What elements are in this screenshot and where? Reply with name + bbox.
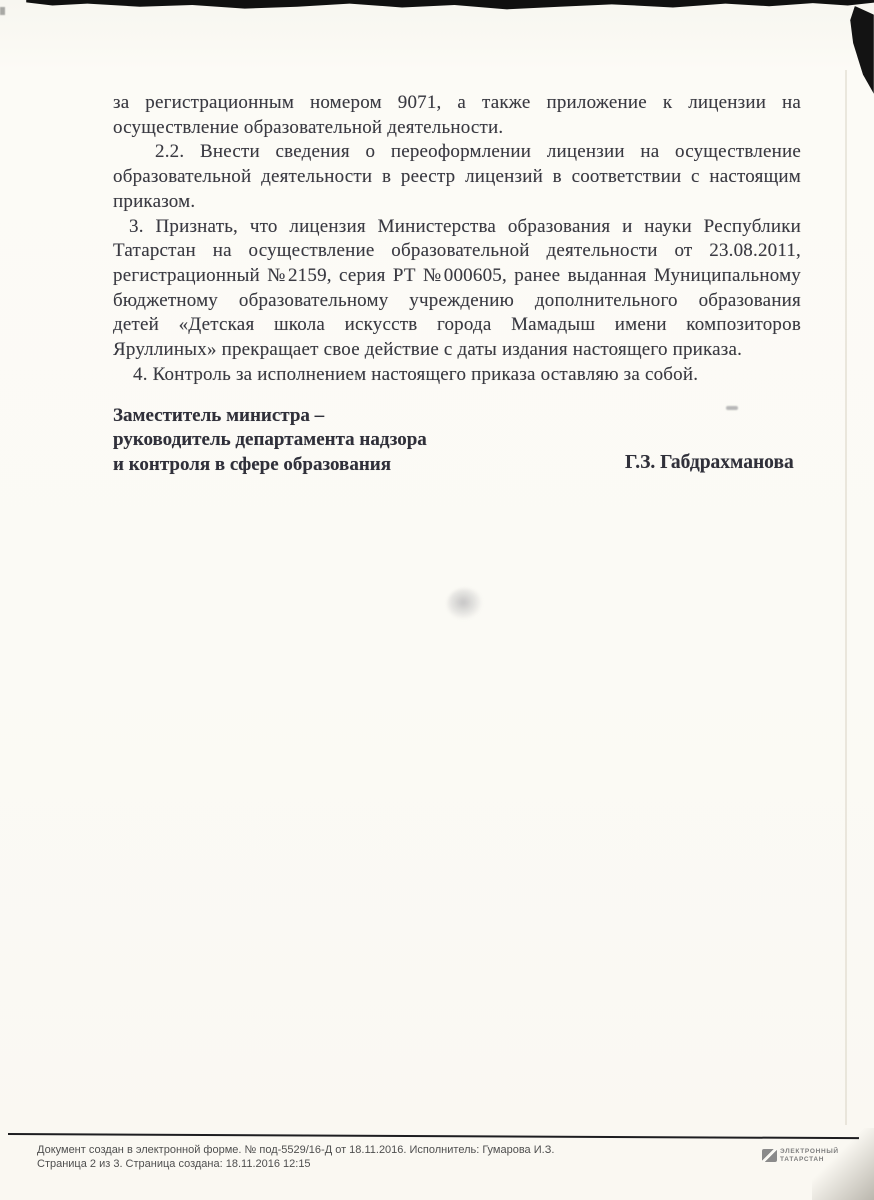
footer-metadata-line: Документ создан в электронной форме. № п… — [37, 1143, 554, 1157]
body-text-line: 2.2. Внести сведения о переоформлении ли… — [113, 140, 801, 165]
body-text-line: бюджетному образовательному учреждению д… — [113, 289, 801, 314]
logo-text-line: ЭЛЕКТРОННЫЙ — [780, 1148, 839, 1156]
electronic-tatarstan-logo: ЭЛЕКТРОННЫЙ ТАТАРСТАН — [762, 1148, 839, 1163]
body-text-line: 4. Контроль за исполнением настоящего пр… — [113, 363, 801, 388]
footer-divider — [8, 1133, 859, 1139]
logo-text-line: ТАТАРСТАН — [780, 1156, 839, 1164]
signatory-title-line: Заместитель министра – — [113, 404, 427, 428]
body-text-line: образовательной деятельности в реестр ли… — [113, 165, 801, 190]
scan-artifact-right-crease — [845, 70, 847, 1125]
signatory-title-line: руководитель департамента надзора — [113, 428, 427, 452]
signatory-title: Заместитель министра – руководитель депа… — [113, 404, 427, 477]
body-text-line: 3. Признать, что лицензия Министерства о… — [113, 215, 801, 240]
scan-artifact-top-right-corner — [845, 6, 874, 94]
order-body-text: за регистрационным номером 9071, а также… — [113, 91, 801, 387]
scan-artifact-left-speck — [0, 7, 5, 15]
scan-artifact-dash-mark — [726, 406, 738, 410]
footer-metadata-line: Страница 2 из 3. Страница создана: 18.11… — [37, 1157, 554, 1171]
body-text-line: регистрационный №2159, серия РТ №000605,… — [113, 264, 801, 289]
scanned-document-page: за регистрационным номером 9071, а также… — [0, 0, 874, 1200]
scan-artifact-smudge — [447, 588, 483, 620]
body-text-line: осуществление образовательной деятельнос… — [113, 116, 801, 141]
scan-artifact-top-edge — [0, 0, 874, 12]
electronic-tatarstan-logo-text: ЭЛЕКТРОННЫЙ ТАТАРСТАН — [780, 1148, 839, 1163]
signatory-name: Г.З. Габдрахманова — [625, 452, 794, 474]
signatory-title-line: и контроля в сфере образования — [113, 453, 427, 477]
body-text-line: Татарстан на осуществление образовательн… — [113, 239, 801, 264]
footer-metadata: Документ создан в электронной форме. № п… — [37, 1143, 554, 1171]
body-text-line: детей «Детская школа искусств города Мам… — [113, 313, 801, 338]
body-text-line: приказом. — [113, 190, 801, 215]
electronic-tatarstan-logo-icon — [762, 1149, 777, 1162]
body-text-line: Яруллиных» прекращает свое действие с да… — [113, 338, 801, 363]
body-text-line: за регистрационным номером 9071, а также… — [113, 91, 801, 116]
